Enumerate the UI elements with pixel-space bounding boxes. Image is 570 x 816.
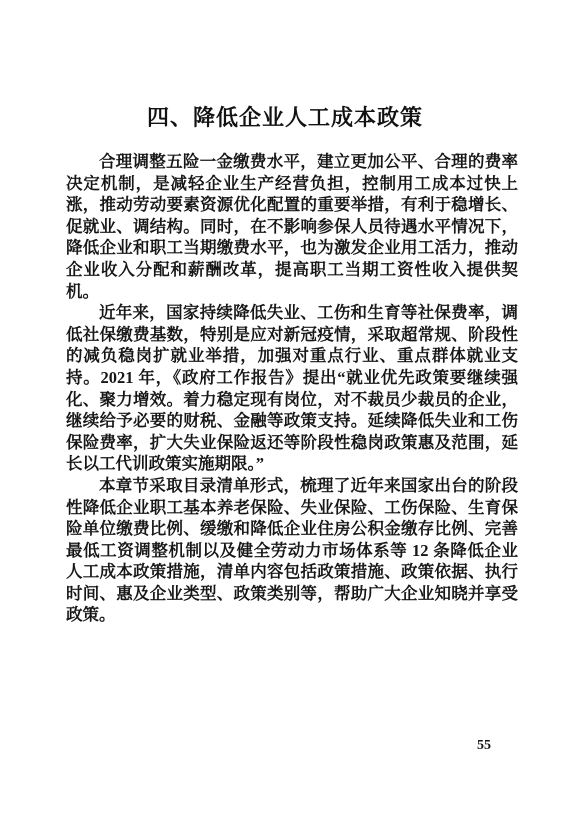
document-page: 四、降低企业人工成本政策 合理调整五险一金缴费水平，建立更加公平、合理的费率决定…: [0, 0, 570, 816]
paragraph-3: 本章节采取目录清单形式，梳理了近年来国家出台的阶段性降低企业职工基本养老保险、失…: [66, 475, 518, 626]
section-title: 四、降低企业人工成本政策: [0, 0, 570, 131]
paragraph-2: 近年来，国家持续降低失业、工伤和生育等社保费率，调低社保缴费基数，特别是应对新冠…: [66, 302, 518, 475]
page-number: 55: [477, 738, 491, 754]
body-text: 合理调整五险一金缴费水平，建立更加公平、合理的费率决定机制，是减轻企业生产经营负…: [66, 151, 518, 626]
paragraph-1: 合理调整五险一金缴费水平，建立更加公平、合理的费率决定机制，是减轻企业生产经营负…: [66, 151, 518, 302]
